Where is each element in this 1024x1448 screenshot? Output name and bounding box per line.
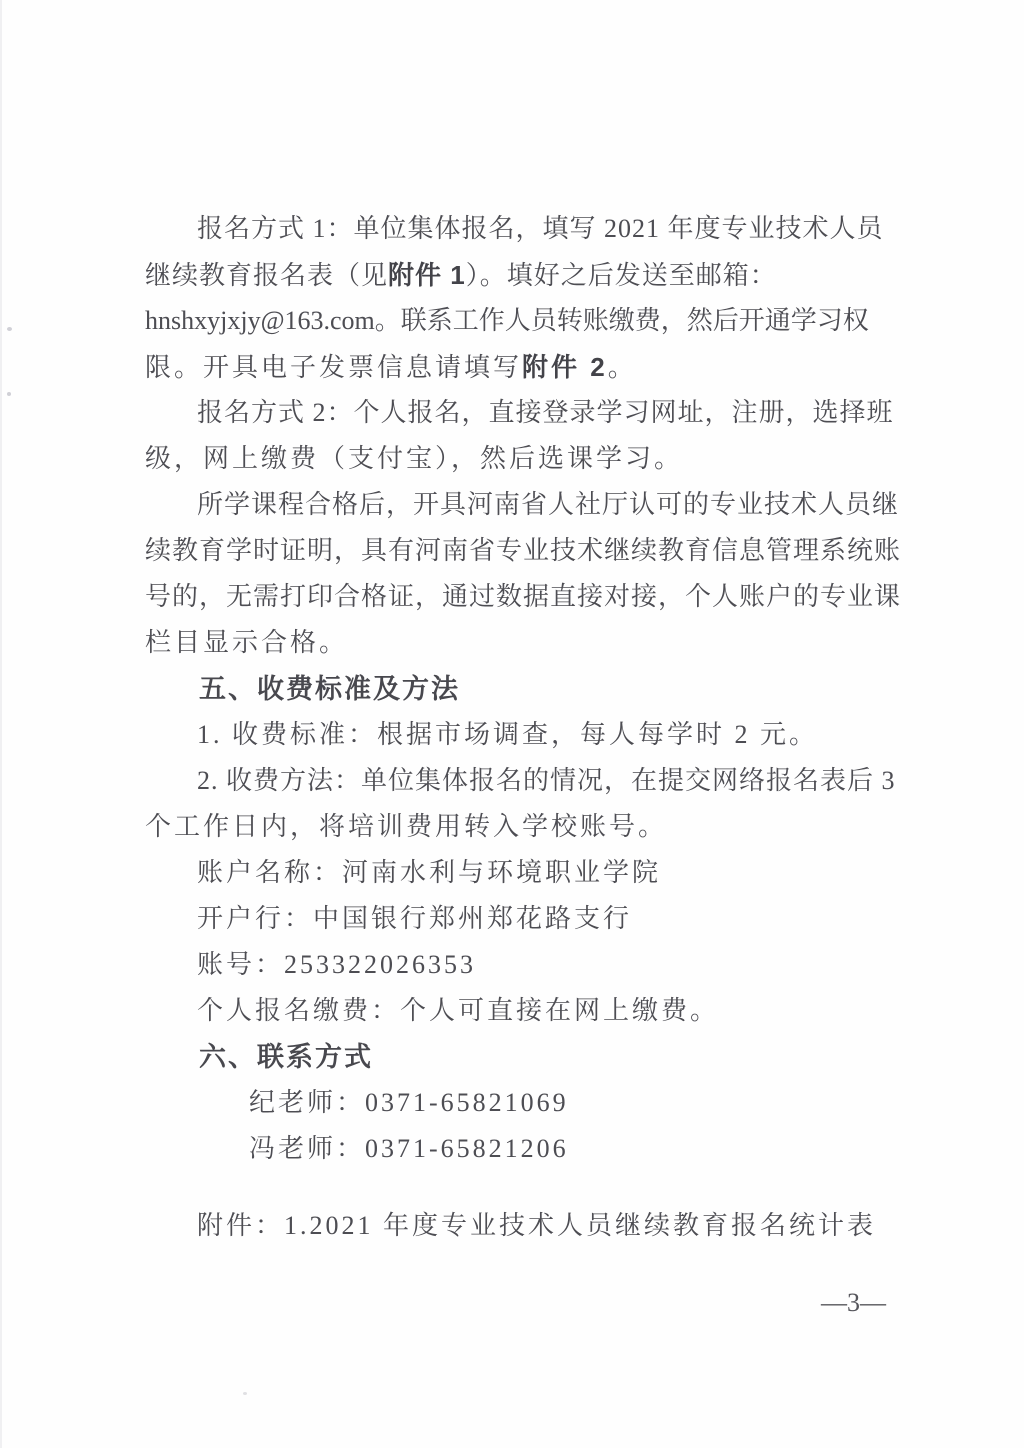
text-segment: 级，网上缴费（支付宝），然后选课学习。 <box>145 444 683 473</box>
section-5-heading: 五、收费标准及方法 <box>145 666 905 712</box>
para1-line1: 报名方式 1：单位集体报名，填写 2021 年度专业技术人员 <box>145 206 905 252</box>
bold-text-segment: 附件 2 <box>522 352 608 382</box>
scan-speck <box>243 1392 247 1395</box>
text-segment: 所学课程合格后，开具河南省人社厅认可的专业技术人员继 <box>197 490 899 519</box>
account-number-line: 账号：253322026353 <box>145 942 905 988</box>
bold-text-segment: 附件 1 <box>388 260 466 290</box>
section-6-heading: 六、联系方式 <box>145 1034 905 1080</box>
para3-line1: 所学课程合格后，开具河南省人社厅认可的专业技术人员继 <box>145 482 905 528</box>
text-segment: 账号：253322026353 <box>197 950 476 979</box>
text-segment: 开户行：中国银行郑州郑花路支行 <box>197 904 632 933</box>
text-segment: 限。开具电子发票信息请填写 <box>145 353 522 382</box>
text-segment: 。 <box>608 353 637 382</box>
fee-method-line1: 2. 收费方法：单位集体报名的情况，在提交网络报名表后 3 <box>145 758 905 804</box>
bank-line: 开户行：中国银行郑州郑花路支行 <box>145 896 905 942</box>
text-segment: 报名方式 2：个人报名，直接登录学习网址，注册，选择班 <box>197 398 894 427</box>
text-segment: ）。填好之后发送至邮箱： <box>466 261 777 290</box>
text-segment: 号的，无需打印合格证，通过数据直接对接，个人账户的专业课 <box>145 582 901 611</box>
para3-line3: 号的，无需打印合格证，通过数据直接对接，个人账户的专业课 <box>145 574 905 620</box>
scan-speck <box>7 327 12 331</box>
para3-line4: 栏目显示合格。 <box>145 620 905 666</box>
text-segment: 六、联系方式 <box>199 1042 373 1072</box>
text-segment: 栏目显示合格。 <box>145 628 348 657</box>
contact-feng-line: 冯老师：0371-65821206 <box>145 1126 905 1172</box>
account-name-line: 账户名称：河南水利与环境职业学院 <box>145 850 905 896</box>
para1-line3-email: hnshxyjxjy@163.com。联系工作人员转账缴费，然后开通学习权 <box>145 298 905 344</box>
document-body: 报名方式 1：单位集体报名，填写 2021 年度专业技术人员继续教育报名表（见附… <box>145 206 905 1249</box>
scan-speck <box>7 392 11 396</box>
text-segment: 1. 收费标准：根据市场调查，每人每学时 2 元。 <box>197 720 818 749</box>
text-segment: 附件：1.2021 年度专业技术人员继续教育报名统计表 <box>197 1211 876 1240</box>
para3-line2: 续教育学时证明，具有河南省专业技术继续教育信息管理系统账 <box>145 528 905 574</box>
text-segment: 报名方式 1：单位集体报名，填写 2021 年度专业技术人员 <box>197 214 884 243</box>
text-segment: 继续教育报名表（见 <box>145 261 388 290</box>
contact-ji-line: 纪老师：0371-65821069 <box>145 1080 905 1126</box>
fee-method-line2: 个工作日内，将培训费用转入学校账号。 <box>145 804 905 850</box>
personal-pay-line: 个人报名缴费：个人可直接在网上缴费。 <box>145 988 905 1034</box>
para1-line4: 限。开具电子发票信息请填写附件 2。 <box>145 344 905 390</box>
scan-edge-shadow <box>0 0 2 1448</box>
text-segment: 2. 收费方法：单位集体报名的情况，在提交网络报名表后 3 <box>197 766 896 795</box>
scanned-document-page: 报名方式 1：单位集体报名，填写 2021 年度专业技术人员继续教育报名表（见附… <box>0 0 1024 1448</box>
text-segment: 个工作日内，将培训费用转入学校账号。 <box>145 812 667 841</box>
attachment-line: 附件：1.2021 年度专业技术人员继续教育报名统计表 <box>145 1203 905 1249</box>
blank-spacer <box>145 1172 905 1203</box>
text-segment: 冯老师：0371-65821206 <box>249 1134 569 1163</box>
para2-line2: 级，网上缴费（支付宝），然后选课学习。 <box>145 436 905 482</box>
text-segment: 个人报名缴费：个人可直接在网上缴费。 <box>197 996 719 1025</box>
text-segment: 五、收费标准及方法 <box>199 674 460 704</box>
text-segment: 纪老师：0371-65821069 <box>249 1088 569 1117</box>
para2-line1: 报名方式 2：个人报名，直接登录学习网址，注册，选择班 <box>145 390 905 436</box>
fee-standard-line: 1. 收费标准：根据市场调查，每人每学时 2 元。 <box>145 712 905 758</box>
page-number: —3— <box>821 1288 886 1318</box>
text-segment: 账户名称：河南水利与环境职业学院 <box>197 858 661 887</box>
text-segment: 续教育学时证明，具有河南省专业技术继续教育信息管理系统账 <box>145 536 901 565</box>
text-segment: hnshxyjxjy@163.com。联系工作人员转账缴费，然后开通学习权 <box>145 306 869 335</box>
para1-line2: 继续教育报名表（见附件 1）。填好之后发送至邮箱： <box>145 252 905 298</box>
